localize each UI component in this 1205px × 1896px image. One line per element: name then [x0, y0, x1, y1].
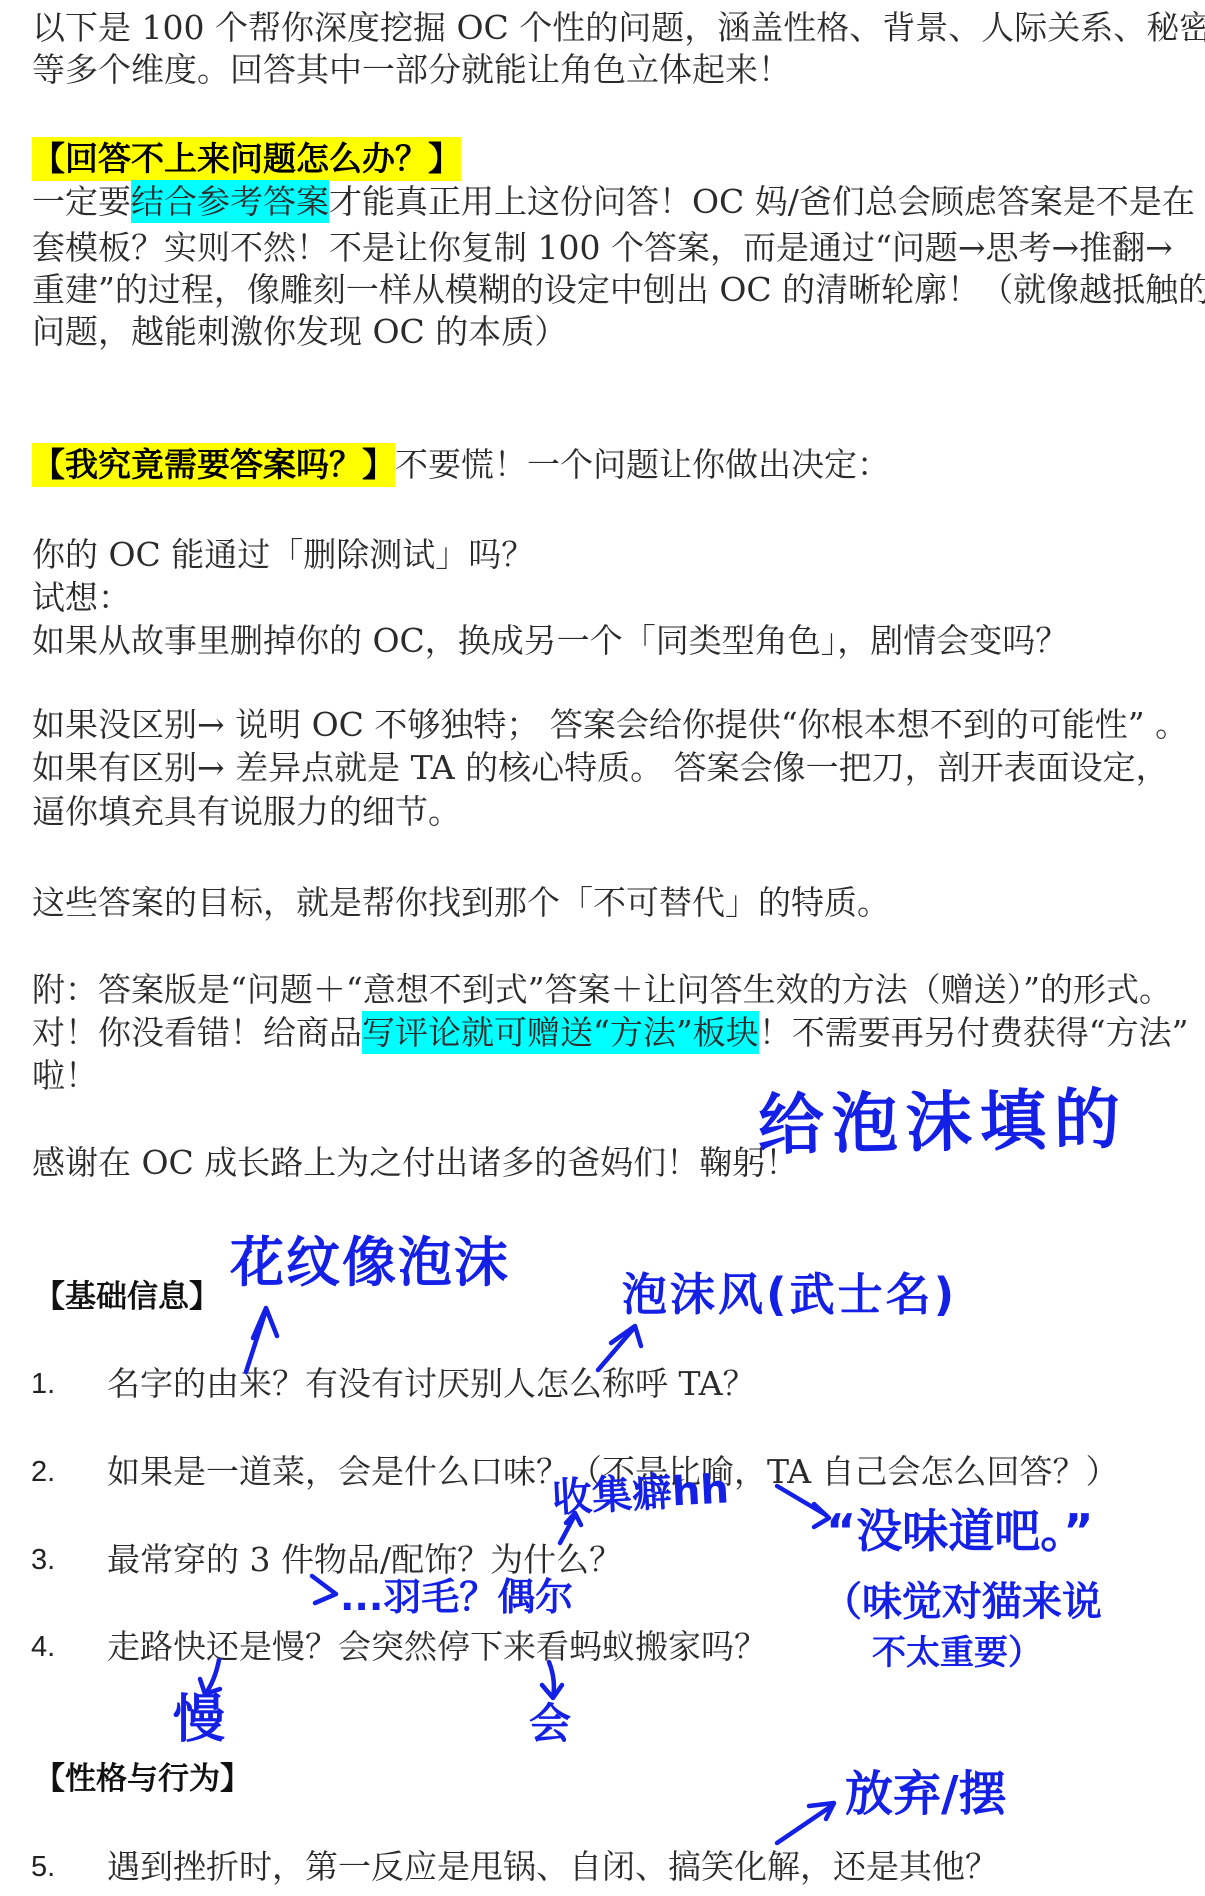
question-number: 4.: [31, 1625, 55, 1669]
ink-note-q4-ants: 会: [529, 1703, 571, 1745]
appendix-line-2: 对！你没看错！给商品写评论就可赠送“方法”板块！不需要再另付费获得“方法”: [32, 1011, 1189, 1055]
thanks-line: 感谢在 OC 成长路上为之付出诸多的爸妈们！鞠躬！: [32, 1141, 798, 1185]
section-need-heading: 【我究竟需要答案吗？】: [32, 443, 395, 487]
cyan-highlight-reference-answer: 结合参考答案: [131, 180, 329, 223]
section-title-basic-info: 【基础信息】: [34, 1275, 220, 1319]
result-detail: 逼你填充具有说服力的细节。: [32, 790, 461, 834]
deletion-test-imagine: 试想：: [32, 576, 131, 620]
section-need-heading-row: 【我究竟需要答案吗？】不要慌！一个问题让你做出决定：: [32, 443, 890, 487]
ink-note-q2-note-1: （味觉对猫来说: [822, 1582, 1102, 1622]
question-number: 2.: [31, 1450, 55, 1494]
arrow-icon: [777, 1803, 834, 1843]
section-stuck-line-2: 套模板？实则不然！不是让你复制 100 个答案，而是通过“问题→思考→推翻→: [32, 226, 1173, 270]
section-need-heading-tail: 不要慌！一个问题让你做出决定：: [395, 445, 890, 484]
text-segment: 一定要: [32, 182, 131, 221]
section-stuck-line-4: 问题，越能刺激你发现 OC 的本质）: [32, 310, 567, 354]
deletion-test-question: 你的 OC 能通过「删除测试」吗？: [32, 533, 534, 577]
text-segment: ！不需要再另付费获得“方法”: [759, 1013, 1189, 1052]
question-number: 1.: [31, 1362, 55, 1406]
deletion-test-scenario: 如果从故事里删掉你的 OC，换成另一个「同类型角色」，剧情会变吗？: [32, 619, 1068, 663]
intro-line-1: 以下是 100 个帮你深度挖掘 OC 个性的问题，涵盖性格、背景、人际关系、秘密: [32, 6, 1205, 50]
ink-note-q5-reaction: 放弃/摆: [845, 1770, 1007, 1818]
ink-note-q3-reason: 收集癖hh: [551, 1469, 730, 1518]
question-number: 5.: [31, 1845, 55, 1889]
ink-note-q2-answer: “没味道吧。”: [826, 1508, 1093, 1554]
result-has-difference: 如果有区别→ 差异点就是 TA 的核心特质。 答案会像一把刀，剖开表面设定，: [32, 746, 1169, 790]
section-stuck-line-1: 一定要结合参考答案才能真正用上这份问答！OC 妈/爸们总会顾虑答案是不是在: [32, 180, 1195, 224]
ink-note-q1-pattern: 花纹像泡沫: [230, 1236, 510, 1290]
result-no-difference: 如果没区别→ 说明 OC 不够独特； 答案会给你提供“你根本想不到的可能性” 。: [32, 703, 1188, 747]
ink-note-q3-items: ...羽毛？偶尔: [340, 1578, 573, 1616]
question-text: 名字的由来？有没有讨厌别人怎么称呼 TA？: [107, 1362, 756, 1406]
ink-note-q1-name: 泡沫风(武士名): [622, 1272, 957, 1317]
section-stuck-line-3: 重建”的过程，像雕刻一样从模糊的设定中刨出 OC 的清晰轮廓！（就像越抵触的: [32, 268, 1205, 312]
appendix-line-3: 啦！: [32, 1054, 98, 1098]
text-segment: 才能真正用上这份问答！OC 妈/爸们总会顾虑答案是不是在: [329, 182, 1195, 221]
text-segment: 对！你没看错！给商品: [32, 1013, 362, 1052]
cyan-highlight-review-gift: 写评论就可赠送“方法”板块: [362, 1011, 759, 1054]
question-text: 走路快还是慢？会突然停下来看蚂蚁搬家吗？: [107, 1625, 767, 1669]
ink-note-header: 给泡沫填的: [757, 1087, 1128, 1159]
ink-note-q4-speed: 慢: [173, 1694, 225, 1746]
appendix-line-1: 附：答案版是“问题＋“意想不到式”答案＋让问答生效的方法（赠送）”的形式。: [32, 968, 1172, 1012]
section-stuck-heading: 【回答不上来问题怎么办？】: [32, 137, 461, 181]
section-title-personality: 【性格与行为】: [34, 1757, 251, 1801]
section-stuck-heading-row: 【回答不上来问题怎么办？】: [32, 137, 461, 181]
question-number: 3.: [31, 1538, 55, 1582]
document-page: 以下是 100 个帮你深度挖掘 OC 个性的问题，涵盖性格、背景、人际关系、秘密…: [0, 0, 1205, 1896]
question-text: 遇到挫折时，第一反应是甩锅、自闭、搞笑化解，还是其他？: [107, 1845, 998, 1889]
ink-note-q2-note-2: 不太重要）: [872, 1636, 1042, 1670]
intro-line-2: 等多个维度。回答其中一部分就能让角色立体起来！: [32, 48, 791, 92]
answers-goal: 这些答案的目标，就是帮你找到那个「不可替代」的特质。: [32, 881, 890, 925]
